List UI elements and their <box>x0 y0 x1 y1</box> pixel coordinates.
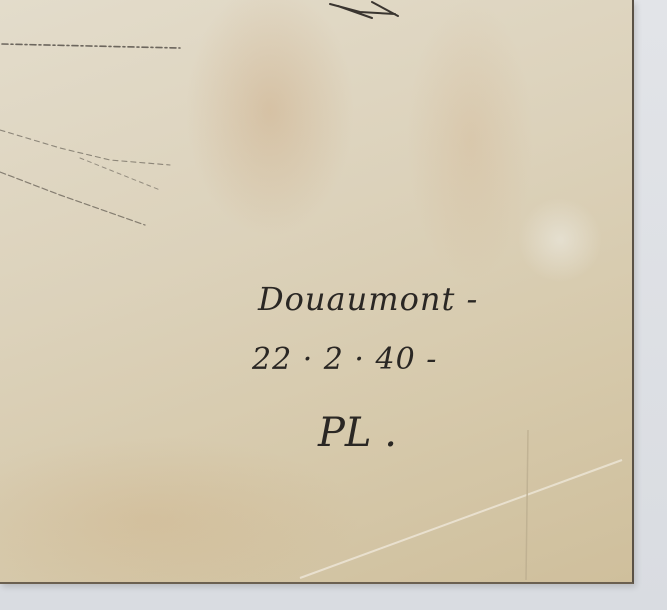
handwritten-place-name: Douaumont - <box>258 280 478 318</box>
handwritten-date: 22 · 2 · 40 - <box>252 342 437 377</box>
handwritten-initials: PL . <box>318 410 397 456</box>
